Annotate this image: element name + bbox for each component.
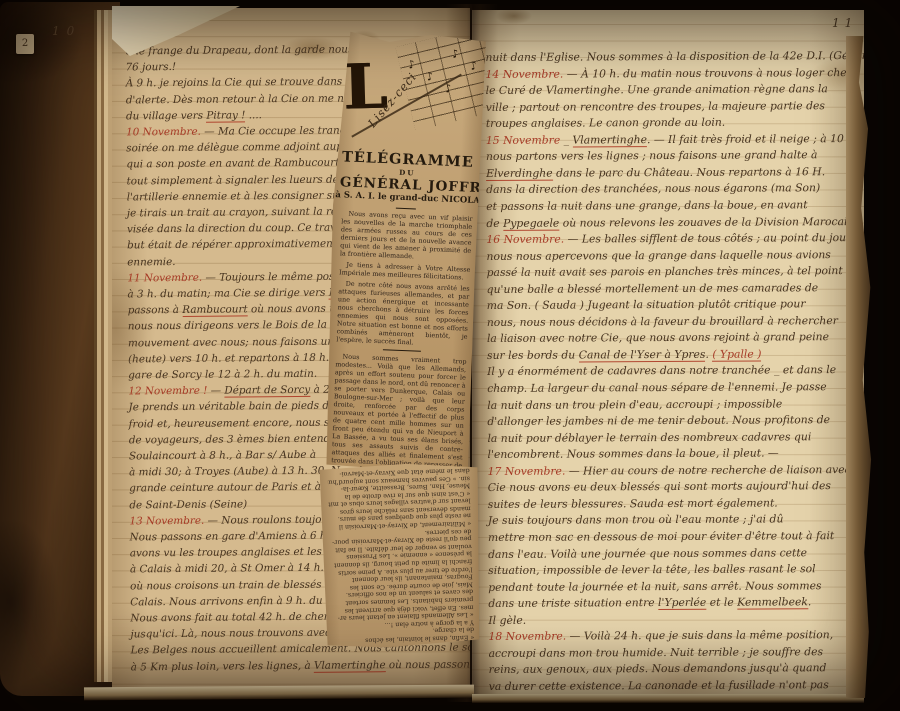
newspaper-clipping-flipped: La délivrance « Enfin, dans le lointain,…	[319, 462, 482, 649]
music-note: ♪	[425, 69, 435, 83]
manuscript-segment: nous partons vers les lignes ; nous fais…	[486, 149, 818, 164]
manuscript-line: je tirais un trait au crayon, suivant la…	[127, 205, 363, 219]
background-right	[874, 0, 900, 711]
manuscript-line: Cie nous avons eu deux blessés qui sont …	[488, 479, 831, 494]
manuscript-segment: pendant toute la journée et la nuit, san…	[488, 579, 821, 594]
manuscript-segment: où nous relevons les zouaves de la Divis…	[559, 214, 864, 229]
flipped-article: La délivrance « Enfin, dans le lointain,…	[319, 462, 482, 649]
manuscript-line: gare de Sorcy le 12 à 2 h. du matin.	[128, 368, 317, 382]
page-number-left: 10	[52, 24, 81, 38]
manuscript-line: ville ; partout on rencontre des troupes…	[486, 99, 825, 114]
manuscript-line: va durer cette existence. La canonade et…	[489, 678, 829, 693]
manuscript-line: dans l'eau. Voilà une journée que nous s…	[488, 546, 807, 561]
manuscript-line: la liaison avec notre Cie, que nous avon…	[487, 331, 829, 346]
headline-rule	[396, 208, 416, 210]
manuscript-line: nuit dans l'Eglise. Nous sommes à la dis…	[485, 49, 864, 64]
manuscript-segment: dans la direction des tranchées, nous no…	[486, 182, 820, 197]
manuscript-segment: passé la nuit avait ses parois en planch…	[487, 264, 843, 279]
manuscript-segment: 15 Novembre	[486, 133, 560, 146]
manuscript-line: 18 Novembre. — Voilà 24 h. que je suis d…	[488, 628, 833, 643]
manuscript-line: nous, nous nous décidons à la faveur du …	[487, 314, 838, 329]
manuscript-segment: accroupi dans mon trou humide. Nuit terr…	[489, 645, 824, 660]
manuscript-segment: troupes anglaises. Le canon gronde au lo…	[486, 116, 725, 130]
manuscript-line: de voyageurs, des 3 èmes bien entendu !	[129, 432, 345, 446]
manuscript-segment: Il gèle.	[488, 613, 526, 626]
clipping-body: Nous avons reçu avec un vif plaisir les …	[330, 209, 472, 475]
manuscript-segment: 17 Novembre.	[488, 464, 566, 477]
manuscript-line: ma Son. ( Sauda ) Jugeant la situation p…	[487, 298, 806, 313]
manuscript-segment: mettre mon sac en dessous de moi pour év…	[488, 529, 834, 544]
manuscript-segment: Calais. Nous arrivons enfin à 9 h. du so…	[130, 594, 346, 608]
manuscript-line: sur les bords du Canal de l'Yser à Ypres…	[487, 347, 761, 361]
manuscript-line: dans une triste situation entre l'Yperlé…	[488, 595, 811, 610]
manuscript-line: Je prends un véritable bain de pieds dan…	[128, 400, 347, 414]
diary-page-right: nuit dans l'Eglise. Nous sommes à la dis…	[472, 10, 864, 696]
manuscript-line: 17 Novembre. — Hier au cours de notre re…	[488, 463, 864, 478]
manuscript-segment: gare de Sorcy le 12 à 2 h. du matin.	[128, 368, 317, 382]
manuscript-segment: la liaison avec notre Cie, que nous avon…	[487, 331, 829, 346]
manuscript-line: froid et, heureusement encore, nous somm	[129, 416, 356, 430]
manuscript-segment: champ. La largeur du canal nous sépare d…	[487, 380, 827, 395]
manuscript-segment: Il y a énormément de cadavres dans notre…	[487, 364, 836, 379]
manuscript-line: 76 jours.!	[125, 61, 176, 73]
notebook-tab: 2	[16, 34, 34, 54]
manuscript-segment: la nuit dans un trou plein d'eau, accrou…	[487, 397, 782, 412]
manuscript-line: et passons la nuit dans une grange, dans…	[486, 198, 807, 213]
manuscript-line: à 5 Km plus loin, vers les lignes, à Vla…	[131, 658, 470, 673]
sheet-edge-bottom-right	[472, 694, 864, 703]
manuscript-segment: Soulaincourt à 8 h., à Bar s/ Aube à	[129, 449, 316, 463]
manuscript-segment: Canal de l'Yser à Ypres	[579, 348, 706, 363]
clipping-paragraph: Je tiens à adresser à Votre Altesse Impé…	[339, 260, 471, 281]
manuscript-segment: 11 Novembre.	[127, 272, 202, 285]
manuscript-segment: l'Yperlée	[658, 596, 706, 610]
manuscript-line: Nous passons en gare d'Amiens à 6 h. du	[130, 530, 347, 544]
manuscript-segment: —	[207, 385, 224, 397]
music-note: ♪	[450, 47, 460, 61]
manuscript-segment: passons à	[128, 304, 183, 316]
manuscript-segment: la nuit pour déblayer le terrain des nom…	[487, 430, 811, 445]
page-number-right: 11	[832, 16, 857, 30]
manuscript-segment: va durer cette existence. La canonade et…	[489, 678, 829, 693]
manuscript-segment: Nous passons en gare d'Amiens à 6 h. du	[130, 530, 347, 544]
manuscript-line: de Pypegaele où nous relevons les zouave…	[486, 214, 864, 229]
manuscript-segment: à midi 30; à Troyes (Aube) à 13 h. 30. N	[129, 465, 340, 479]
manuscript-segment: qui a son poste en avant de Rambucourt. …	[126, 157, 369, 171]
page-edges-left	[94, 10, 114, 682]
manuscript-segment: 12 Novembre !	[128, 385, 207, 398]
manuscript-segment: ma Son. ( Sauda ) Jugeant la situation p…	[487, 298, 806, 313]
manuscript-segment: Cie nous avons eu deux blessés qui sont …	[488, 479, 831, 494]
manuscript-line: nous partons vers les lignes ; nous fais…	[486, 149, 818, 164]
clipping-separator	[382, 349, 420, 352]
manuscript-segment: suites de leurs blessures. Sauda est mor…	[488, 496, 778, 511]
manuscript-segment: avons vu les troupes anglaises et les pr…	[130, 546, 352, 560]
manuscript-line: 14 Novembre. — À 10 h. du matin nous tro…	[486, 66, 853, 81]
manuscript-segment: Vlamertinghe	[314, 659, 386, 673]
manuscript-segment: _	[560, 133, 572, 146]
manuscript-line: d'allonger les jambes ni de me tenir deb…	[487, 413, 830, 428]
manuscript-segment: Kemmelbeek	[737, 595, 808, 609]
clipping-paragraph: Nous avons reçu avec un vif plaisir les …	[340, 209, 473, 262]
manuscript-segment: et le	[706, 596, 737, 609]
manuscript-segment: je tirais un trait au crayon, suivant la…	[127, 205, 363, 219]
manuscript-line: qui a son poste en avant de Rambucourt. …	[126, 157, 369, 171]
manuscript-line: Soulaincourt à 8 h., à Bar s/ Aube à	[129, 449, 316, 463]
manuscript-segment: sur les bords du	[487, 348, 579, 361]
manuscript-segment: situation, impossible de lever la tête, …	[488, 562, 816, 577]
manuscript-segment: nous, nous nous décidons à la faveur du …	[487, 314, 838, 329]
manuscript-line: à midi 30; à Troyes (Aube) à 13 h. 30. N	[129, 465, 340, 479]
manuscript-segment: où nous passons la	[386, 658, 470, 671]
manuscript-line: mettre mon sac en dessous de moi pour év…	[488, 529, 834, 544]
manuscript-line: Il y a énormément de cadavres dans notre…	[487, 364, 836, 379]
manuscript-segment: Je prends un véritable bain de pieds dan…	[128, 400, 347, 414]
manuscript-segment: 16 Novembre.	[486, 233, 564, 246]
manuscript-segment: froid et, heureusement encore, nous somm	[129, 416, 356, 430]
manuscript-segment: 13 Novembre.	[129, 515, 204, 528]
manuscript-segment: Elverdinghe	[486, 166, 553, 180]
manuscript-segment: — Les balles sifflent de tous côtés ; au…	[564, 231, 851, 246]
manuscript-segment: 18 Novembre.	[488, 630, 566, 643]
manuscript-line: champ. La largeur du canal nous sépare d…	[487, 380, 827, 395]
manuscript-segment: où nous croisons un train de blessés ang…	[130, 578, 348, 592]
manuscript-segment: Pitray !	[206, 109, 245, 122]
manuscript-line: de Saint-Denis (Seine)	[129, 498, 247, 511]
manuscript-segment: Je suis toujours dans mon trou où l'eau …	[488, 513, 784, 528]
clipping-paragraph: De notre côté nous avons arrêté les atta…	[336, 279, 470, 348]
manuscript-line: grande ceinture autour de Paris et à 22 …	[129, 481, 347, 495]
clipping-top-area: ♪♪♪♪♪ L Lisez-ceci	[335, 31, 486, 155]
manuscript-line: situation, impossible de lever la tête, …	[488, 562, 816, 577]
manuscript-segment: dans le parc du Château. Nous repartons …	[553, 165, 826, 179]
manuscript-line: troupes anglaises. Le canon gronde au lo…	[486, 116, 725, 130]
manuscript-line: la nuit dans un trou plein d'eau, accrou…	[487, 397, 782, 412]
manuscript-line: pendant toute la journée et la nuit, san…	[488, 579, 821, 594]
manuscript-segment: ....	[245, 109, 262, 121]
manuscript-segment: le Curé de Vlamertinghe. Une grande anim…	[486, 82, 828, 97]
manuscript-line: nous nous apercevons que la grange dans …	[486, 248, 830, 263]
manuscript-segment: ( Ypalle )	[712, 347, 761, 361]
manuscript-line: Il gèle.	[488, 613, 526, 626]
manuscript-line: suites de leurs blessures. Sauda est mor…	[488, 496, 778, 511]
manuscript-segment: l'encombrent. Nous sommes dans la boue, …	[487, 447, 778, 462]
manuscript-line: 16 Novembre. — Les balles sifflent de to…	[486, 231, 851, 246]
manuscript-segment: dans l'eau. Voilà une journée que nous s…	[488, 546, 807, 561]
manuscript-segment: grande ceinture autour de Paris et à 22 …	[129, 481, 347, 495]
manuscript-line: Elverdinghe dans le parc du Château. Nou…	[486, 165, 825, 180]
manuscript-segment: 10 Novembre.	[126, 126, 201, 139]
manuscript-segment: 14 Novembre.	[486, 67, 564, 80]
manuscript-line: à Calais à midi 20, à St Omer à 14 h. e	[130, 562, 333, 576]
manuscript-segment: — Hier au cours de notre recherche de li…	[565, 463, 864, 478]
manuscript-segment: nuit dans l'Eglise. Nous sommes à la dis…	[485, 49, 864, 64]
manuscript-segment: et passons la nuit dans une grange, dans…	[486, 198, 807, 213]
manuscript-segment: Rambucourt	[182, 304, 247, 318]
manuscript-segment: ville ; partout on rencontre des troupes…	[486, 99, 825, 114]
manuscript-line: accroupi dans mon trou humide. Nuit terr…	[489, 645, 824, 660]
manuscript-segment: — À 10 h. du matin nous trouvons à nous …	[563, 66, 852, 81]
manuscript-segment: du village vers	[126, 110, 207, 123]
manuscript-segment: Vlamertinghe	[572, 133, 647, 147]
manuscript-segment: 76 jours.!	[125, 61, 176, 73]
manuscript-line: Je suis toujours dans mon trou où l'eau …	[488, 513, 784, 528]
manuscript-line: la nuit pour déblayer le terrain des nom…	[487, 430, 811, 445]
music-note: ♪	[469, 59, 479, 73]
manuscript-line: passé la nuit avait ses parois en planch…	[487, 264, 843, 279]
manuscript-line: du village vers Pitray ! ....	[126, 109, 262, 122]
manuscript-line: qu'une balle a blessé mortellement un de…	[487, 281, 819, 296]
manuscript-line: Calais. Nous arrivons enfin à 9 h. du so…	[130, 594, 346, 608]
manuscript-segment: à 5 Km plus loin, vers les lignes, à	[131, 659, 314, 673]
manuscript-segment: à 3 h. du matin; ma Cie se dirige vers	[127, 287, 328, 301]
manuscript-segment: . — Il fait très froid et il neige ; à 1…	[647, 132, 858, 146]
newspaper-clipping-telegram: ♪♪♪♪♪ L Lisez-ceci TÉLÉGRAMME DU GÉNÉRAL…	[322, 31, 486, 475]
manuscript-right: nuit dans l'Eglise. Nous sommes à la dis…	[472, 10, 864, 696]
manuscript-line: à 3 h. du matin; ma Cie se dirige vers B…	[127, 286, 361, 300]
photographed-war-diary: { "meta": { "left_page_number": "10", "r…	[0, 0, 900, 711]
manuscript-line: avons vu les troupes anglaises et les pr…	[130, 546, 352, 560]
manuscript-segment: Départ de Sorcy	[224, 384, 310, 398]
manuscript-segment: Pypegaele	[503, 216, 559, 230]
sheet-edge-bottom-left	[84, 685, 474, 701]
manuscript-line: l'encombrent. Nous sommes dans la boue, …	[487, 447, 778, 462]
manuscript-line: 15 Novembre _ Vlamertinghe. — Il fait tr…	[486, 132, 858, 147]
manuscript-line: reins, aux genoux, aux pieds. Nous deman…	[489, 662, 827, 677]
manuscript-segment: reins, aux genoux, aux pieds. Nous deman…	[489, 662, 827, 677]
manuscript-line: ennemie.	[127, 256, 175, 268]
manuscript-segment: — Voilà 24 h. que je suis dans la même p…	[566, 628, 833, 642]
manuscript-line: le Curé de Vlamertinghe. Une grande anim…	[486, 82, 828, 97]
clipping-paragraph: Nous sommes vraiment trop modestes... Vo…	[330, 352, 466, 475]
manuscript-segment: d'allonger les jambes ni de me tenir deb…	[487, 413, 830, 428]
manuscript-segment: dans une triste situation entre	[488, 596, 658, 610]
manuscript-segment: nous nous apercevons que la grange dans …	[486, 248, 830, 263]
manuscript-line: dans la direction des tranchées, nous no…	[486, 182, 820, 197]
manuscript-line: où nous croisons un train de blessés ang…	[130, 578, 348, 592]
manuscript-segment: de voyageurs, des 3 èmes bien entendu !	[129, 432, 345, 446]
manuscript-segment: de	[486, 216, 503, 229]
manuscript-segment: .	[808, 595, 812, 608]
manuscript-segment: à Calais à midi 20, à St Omer à 14 h. e	[130, 562, 333, 576]
clipping-headline: TÉLÉGRAMME DU GÉNÉRAL JOFFRE à S. A. I. …	[333, 149, 481, 212]
manuscript-segment: ennemie.	[127, 256, 175, 268]
manuscript-segment: qu'une balle a blessé mortellement un de…	[487, 281, 819, 296]
manuscript-segment: de Saint-Denis (Seine)	[129, 498, 247, 511]
